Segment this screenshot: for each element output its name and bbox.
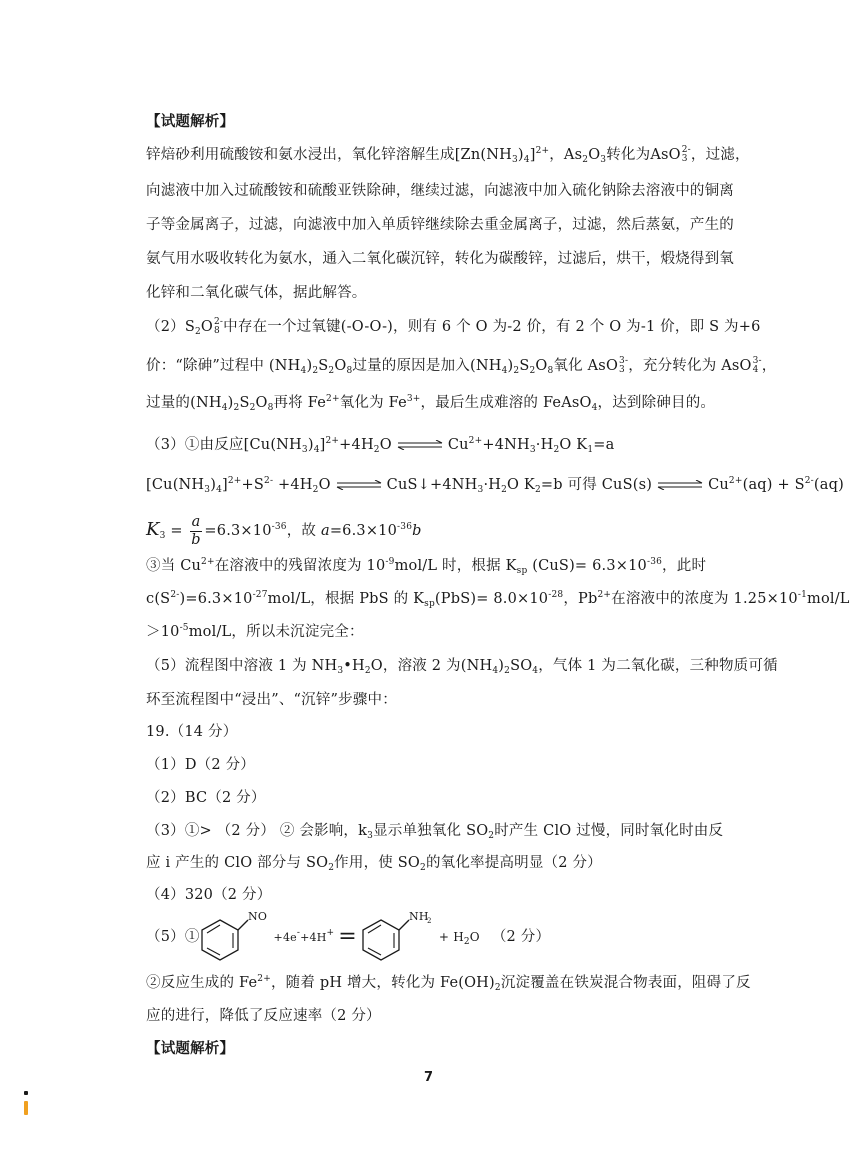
nitrosobenzene-structure-icon: NO <box>200 910 270 964</box>
section-heading-analysis-2: 【试题解析】 <box>146 1039 234 1059</box>
intro-line-1: 锌焙砂利用硫酸铵和氨水浸出，氧化锌溶解生成[Zn(NH3)4]2+，As2O3转… <box>146 145 750 165</box>
q19-answer-4: （4）320（2 分） <box>146 885 271 905</box>
section-heading-analysis: 【试题解析】 <box>146 112 234 132</box>
part3-line-2: [Cu(NH3)4]2++S2- +4H2OCuS↓+4NH3·H2O K2=b… <box>146 475 844 495</box>
intro-line-4: 氨气用水吸收转化为氨水，通入二氧化碳沉锌，转化为碳酸锌，过滤后，烘干，煅烧得到氧 <box>146 249 734 269</box>
part2-line-3: 过量的(NH4)2S2O8再将 Fe2+氧化为 Fe3+，最后生成难溶的 FeA… <box>146 393 715 413</box>
document-page: 【试题解析】 锌焙砂利用硫酸铵和氨水浸出，氧化锌溶解生成[Zn(NH3)4]2+… <box>0 0 864 1152</box>
q19-answer-5-equation: （5）① NO +4e-+4H+= NH 2 + H2O（2 分） <box>146 910 550 966</box>
svg-text:NO: NO <box>248 910 267 923</box>
equilibrium-arrow-icon <box>396 440 444 450</box>
part3-3-line-1: ③当 Cu2+在溶液中的残留浓度为 10-9mol/L 时，根据 Ksp (Cu… <box>146 556 706 576</box>
q19-title: 19.（14 分） <box>146 722 237 742</box>
part5-line-1: （5）流程图中溶液 1 为 NH3•H2O，溶液 2 为(NH4)2SO4，气体… <box>146 656 778 676</box>
q19-answer-2: （2）BC（2 分） <box>146 788 266 808</box>
part5-line-2: 环至流程图中“浸出”、“沉锌”步骤中： <box>146 690 397 710</box>
equilibrium-arrow-icon <box>335 480 383 490</box>
part3-3-line-3: ＞10-5mol/L，所以未沉淀完全： <box>146 622 364 642</box>
part3-k3-equation: K3 = ab=6.3×10-36，故 a=6.3×10-36b <box>146 512 422 549</box>
q19-answer-5-2-line-2: 应的进行，降低了反应速率（2 分） <box>146 1006 381 1026</box>
margin-dot-marker <box>24 1091 28 1095</box>
q19-answer-5-2-line-1: ②反应生成的 Fe2+，随着 pH 增大，转化为 Fe(OH)2沉淀覆盖在铁炭混… <box>146 973 751 993</box>
svg-text:2: 2 <box>427 917 432 925</box>
part3-line-1: （3）①由反应[Cu(NH3)4]2++4H2OCu2++4NH3·H2O K1… <box>146 435 614 455</box>
aniline-structure-icon: NH 2 <box>361 910 433 964</box>
svg-text:NH: NH <box>409 910 429 923</box>
part3-3-line-2: c(S2-)=6.3×10-27mol/L，根据 PbS 的 Ksp(PbS)=… <box>146 589 850 609</box>
part2-line-1: （2）S2O2-8中存在一个过氧键(-O-O-)，则有 6 个 O 为-2 价，… <box>146 317 761 337</box>
fraction-a-over-b: ab <box>190 514 203 549</box>
intro-line-2: 向滤液中加入过硫酸铵和硫酸亚铁除砷，继续过滤，向滤液中加入硫化钠除去溶液中的铜离 <box>146 181 734 201</box>
q19-answer-1: （1）D（2 分） <box>146 755 255 775</box>
page-number: 7 <box>424 1070 433 1085</box>
intro-line-5: 化锌和二氧化碳气体，据此解答。 <box>146 283 367 303</box>
part2-line-2: 价：“除砷”过程中 (NH4)2S2O8过量的原因是加入(NH4)2S2O8氧化… <box>146 356 777 376</box>
q19-answer-3-line-2: 应 i 产生的 ClO 部分与 SO2作用，使 SO2的氧化率提高明显（2 分） <box>146 853 602 873</box>
intro-line-3: 子等金属离子，过滤，向滤液中加入单质锌继续除去重金属离子，过滤，然后蒸氨，产生的 <box>146 215 734 235</box>
equilibrium-arrow-icon <box>656 480 704 490</box>
margin-accent-marker <box>24 1101 28 1115</box>
q19-answer-3-line-1: （3）①> （2 分） ② 会影响，k3显示单独氧化 SO2时产生 ClO 过慢… <box>146 821 723 841</box>
